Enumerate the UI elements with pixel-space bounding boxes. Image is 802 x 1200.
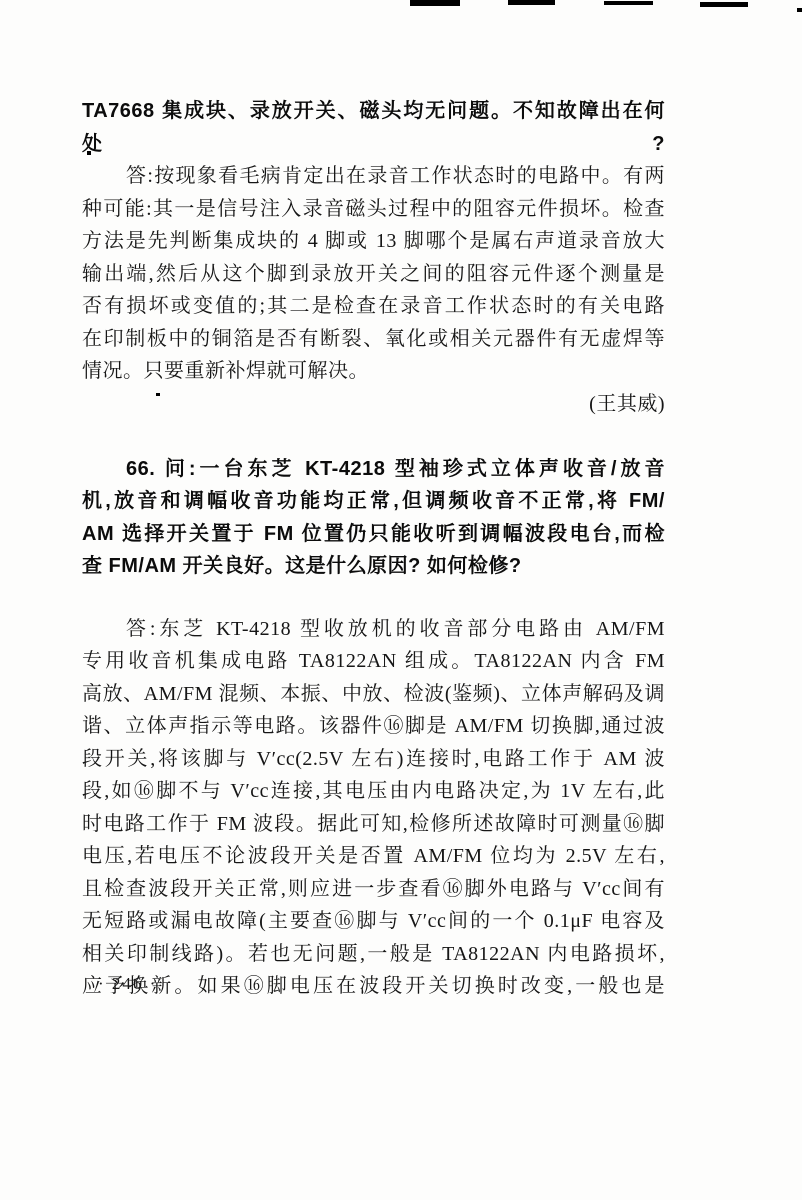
text-line: 输出端,然后从这个脚到录放开关之间的阻容元件逐个测量是 [82,258,665,291]
text-line: 段,如⑯脚不与 V′cc连接,其电压由内电路决定,为 1V 左右,此 [82,775,665,808]
scan-artifact-bar [604,1,653,5]
text-line: 相关印制线路)。若也无问题,一般是 TA8122AN 内电路损坏, [82,938,665,971]
text-line: 且检查波段开关正常,则应进一步查看⑯脚外电路与 V′cc间有 [82,873,665,906]
text-line: 答:东芝 KT-4218 型收放机的收音部分电路由 AM/FM [82,613,665,646]
text-line: 应予换新。如果⑯脚电压在波段开关切换时改变,一般也是 [82,970,665,1003]
scan-artifact-bar [700,2,748,7]
text-line: 无短路或漏电故障(主要查⑯脚与 V′cc间的一个 0.1μF 电容及 [82,905,665,938]
question-65-tail-line: TA7668 集成块、录放开关、磁头均无问题。不知故障出在何处? [82,95,665,160]
text-line: 时电路工作于 FM 波段。据此可知,检修所述故障时可测量⑯脚 [82,808,665,841]
text-line: 在印制板中的铜箔是否有断裂、氧化或相关元器件有无虚焊等 [82,323,665,356]
text-line: 方法是先判断集成块的 4 脚或 13 脚哪个是属右声道录音放大 [82,225,665,258]
text-line: 高放、AM/FM 混频、本振、中放、检波(鉴频)、立体声解码及调 [82,678,665,711]
answer-66-paragraph: 答:东芝 KT-4218 型收放机的收音部分电路由 AM/FM 专用收音机集成电… [82,613,665,1003]
text-line: 查 FM/AM 开关良好。这是什么原因? 如何检修? [82,550,665,583]
text-line: 否有损坏或变值的;其二是检查在录音工作状态时的有关电路 [82,290,665,323]
text-column: TA7668 集成块、录放开关、磁头均无问题。不知故障出在何处? 答:按现象看毛… [82,95,665,1003]
scan-artifact-bar [410,0,460,6]
text-line: 答:按现象看毛病肯定出在录音工作状态时的电路中。有两 [82,160,665,193]
text-line: 段开关,将该脚与 V′cc(2.5V 左右)连接时,电路工作于 AM 波 [82,743,665,776]
text-line: 谐、立体声指示等电路。该器件⑯脚是 AM/FM 切换脚,通过波 [82,710,665,743]
page-number: · 246 · [98,974,157,994]
text-line: 机,放音和调幅收音功能均正常,但调频收音不正常,将 FM/ [82,485,665,518]
text-line: AM 选择开关置于 FM 位置仍只能收听到调幅波段电台,而检 [82,518,665,551]
scan-artifact-bar [508,0,555,5]
text-line: 种可能:其一是信号注入录音磁头过程中的阻容元件损坏。检查 [82,193,665,226]
text-line: 专用收音机集成电路 TA8122AN 组成。TA8122AN 内含 FM [82,645,665,678]
answer-65-paragraph: 答:按现象看毛病肯定出在录音工作状态时的电路中。有两 种可能:其一是信号注入录音… [82,160,665,388]
byline-author: (王其威) [82,388,665,421]
question-66-paragraph: 66. 问:一台东芝 KT-4218 型袖珍式立体声收音/放音 机,放音和调幅收… [82,453,665,583]
text-line: 情况。只要重新补焊就可解决。 [82,355,665,388]
text-line: 电压,若电压不论波段开关是否置 AM/FM 位均为 2.5V 左右, [82,840,665,873]
scan-artifact-bar [797,8,802,12]
text-line: 66. 问:一台东芝 KT-4218 型袖珍式立体声收音/放音 [82,453,665,486]
scanned-book-page: TA7668 集成块、录放开关、磁头均无问题。不知故障出在何处? 答:按现象看毛… [0,0,802,1200]
